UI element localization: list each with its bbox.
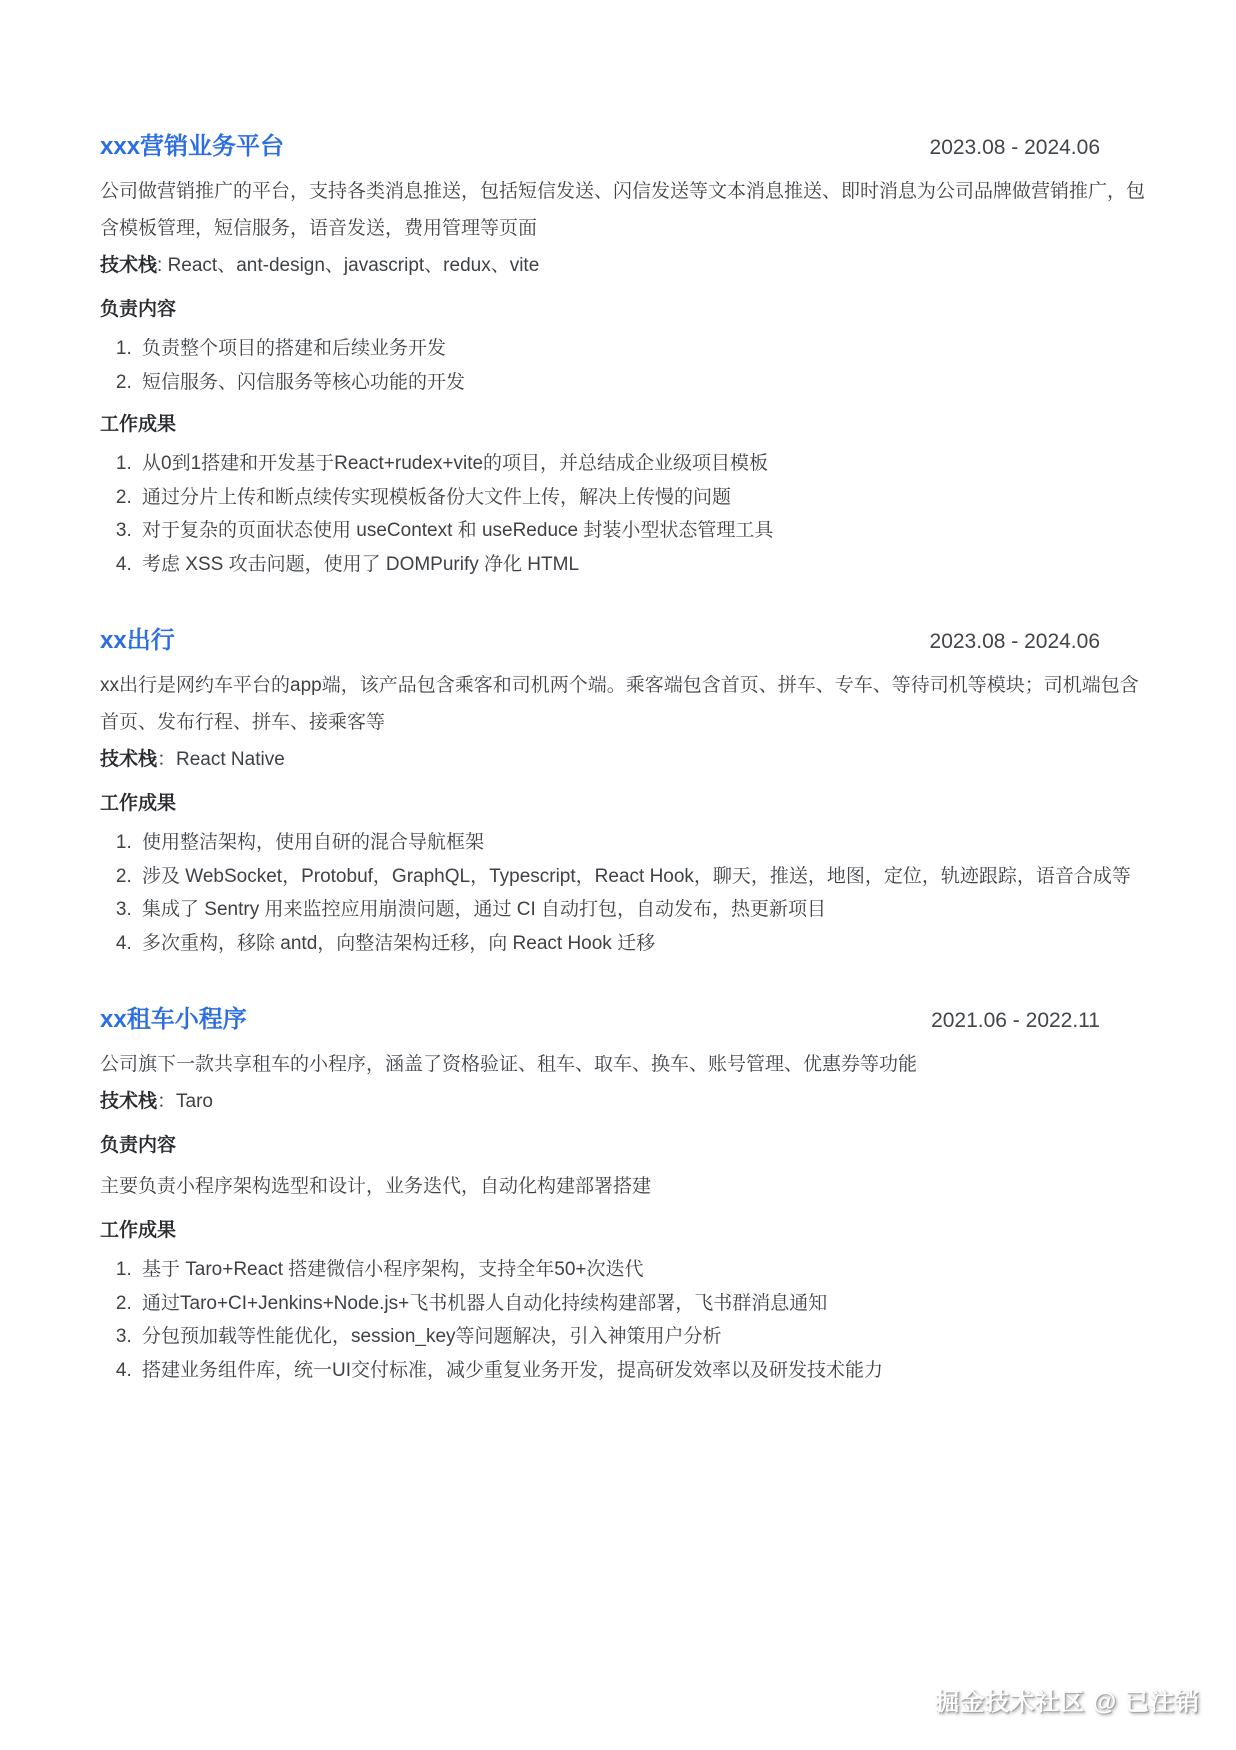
section-header: xx出行 2023.08 - 2024.06 — [100, 625, 1146, 657]
results-heading: 工作成果 — [100, 407, 1146, 443]
list-item: 多次重构，移除 antd，向整洁架构迁移，向 React Hook 迁移 — [137, 927, 1146, 961]
results-list: 使用整洁架构，使用自研的混合导航框架 涉及 WebSocket，Protobuf… — [100, 826, 1146, 960]
section-header: xx租车小程序 2021.06 - 2022.11 — [100, 1004, 1146, 1036]
project-description: xx出行是网约车平台的app端，该产品包含乘客和司机两个端。乘客端包含首页、拼车… — [100, 667, 1146, 741]
list-item: 使用整洁架构，使用自研的混合导航框架 — [137, 826, 1146, 860]
list-item: 负责整个项目的搭建和后续业务开发 — [137, 332, 1146, 366]
tech-stack-label: 技术栈 — [100, 749, 157, 770]
list-item: 通过分片上传和断点续传实现模板备份大文件上传，解决上传慢的问题 — [137, 481, 1146, 515]
project-date-range: 2023.08 - 2024.06 — [930, 630, 1146, 654]
resume-content: xxx营销业务平台 2023.08 - 2024.06 公司做营销推广的平台，支… — [0, 0, 1236, 1387]
results-heading: 工作成果 — [100, 1213, 1146, 1249]
list-item: 涉及 WebSocket，Protobuf，GraphQL，Typescript… — [137, 860, 1146, 894]
project-section-ride-hailing-app: xx出行 2023.08 - 2024.06 xx出行是网约车平台的app端，该… — [100, 625, 1146, 960]
list-item: 考虑 XSS 攻击问题，使用了 DOMPurify 净化 HTML — [137, 548, 1146, 582]
list-item: 从0到1搭建和开发基于React+rudex+vite的项目，并总结成企业级项目… — [137, 447, 1146, 481]
list-item: 通过Taro+CI+Jenkins+Node.js+飞书机器人自动化持续构建部署… — [137, 1287, 1146, 1321]
juejin-watermark: 掘金技术社区 @ 已注销 — [935, 1682, 1200, 1717]
project-date-range: 2021.06 - 2022.11 — [931, 1009, 1146, 1033]
project-description: 公司旗下一款共享租车的小程序，涵盖了资格验证、租车、取车、换车、账号管理、优惠券… — [100, 1046, 1146, 1083]
results-list: 从0到1搭建和开发基于React+rudex+vite的项目，并总结成企业级项目… — [100, 447, 1146, 581]
results-heading: 工作成果 — [100, 786, 1146, 822]
tech-stack-line: 技术栈：Taro — [100, 1084, 1146, 1120]
project-title: xx出行 — [100, 625, 175, 657]
duties-heading: 负责内容 — [100, 1128, 1146, 1164]
tech-stack-value: : React、ant-design、javascript、redux、vite — [157, 255, 539, 276]
tech-stack-line: 技术栈：React Native — [100, 742, 1146, 778]
list-item: 集成了 Sentry 用来监控应用崩溃问题，通过 CI 自动打包，自动发布，热更… — [137, 893, 1146, 927]
results-list: 基于 Taro+React 搭建微信小程序架构，支持全年50+次迭代 通过Tar… — [100, 1253, 1146, 1387]
project-section-car-rental-miniprogram: xx租车小程序 2021.06 - 2022.11 公司旗下一款共享租车的小程序… — [100, 1004, 1146, 1387]
resume-page: { "page": { "accent_color": "#2b6de2", "… — [0, 0, 1236, 1750]
tech-stack-line: 技术栈: React、ant-design、javascript、redux、v… — [100, 248, 1146, 284]
section-header: xxx营销业务平台 2023.08 - 2024.06 — [100, 131, 1146, 163]
list-item: 短信服务、闪信服务等核心功能的开发 — [137, 366, 1146, 400]
tech-stack-value: ：Taro — [157, 1091, 213, 1112]
tech-stack-label: 技术栈 — [100, 255, 157, 276]
project-title: xxx营销业务平台 — [100, 131, 284, 163]
list-item: 基于 Taro+React 搭建微信小程序架构，支持全年50+次迭代 — [137, 1253, 1146, 1287]
project-date-range: 2023.08 - 2024.06 — [930, 136, 1146, 160]
duties-list: 负责整个项目的搭建和后续业务开发 短信服务、闪信服务等核心功能的开发 — [100, 332, 1146, 399]
list-item: 对于复杂的页面状态使用 useContext 和 useReduce 封装小型状… — [137, 514, 1146, 548]
project-section-marketing-platform: xxx营销业务平台 2023.08 - 2024.06 公司做营销推广的平台，支… — [100, 131, 1146, 581]
project-description: 公司做营销推广的平台，支持各类消息推送，包括短信发送、闪信发送等文本消息推送、即… — [100, 173, 1146, 247]
project-title: xx租车小程序 — [100, 1004, 247, 1036]
duties-heading: 负责内容 — [100, 292, 1146, 328]
list-item: 搭建业务组件库，统一UI交付标准，减少重复业务开发，提高研发效率以及研发技术能力 — [137, 1354, 1146, 1388]
tech-stack-value: ：React Native — [157, 749, 285, 770]
list-item: 分包预加载等性能优化，session_key等问题解决，引入神策用户分析 — [137, 1320, 1146, 1354]
duties-text: 主要负责小程序架构选型和设计，业务迭代，自动化构建部署搭建 — [100, 1168, 1146, 1205]
tech-stack-label: 技术栈 — [100, 1091, 157, 1112]
